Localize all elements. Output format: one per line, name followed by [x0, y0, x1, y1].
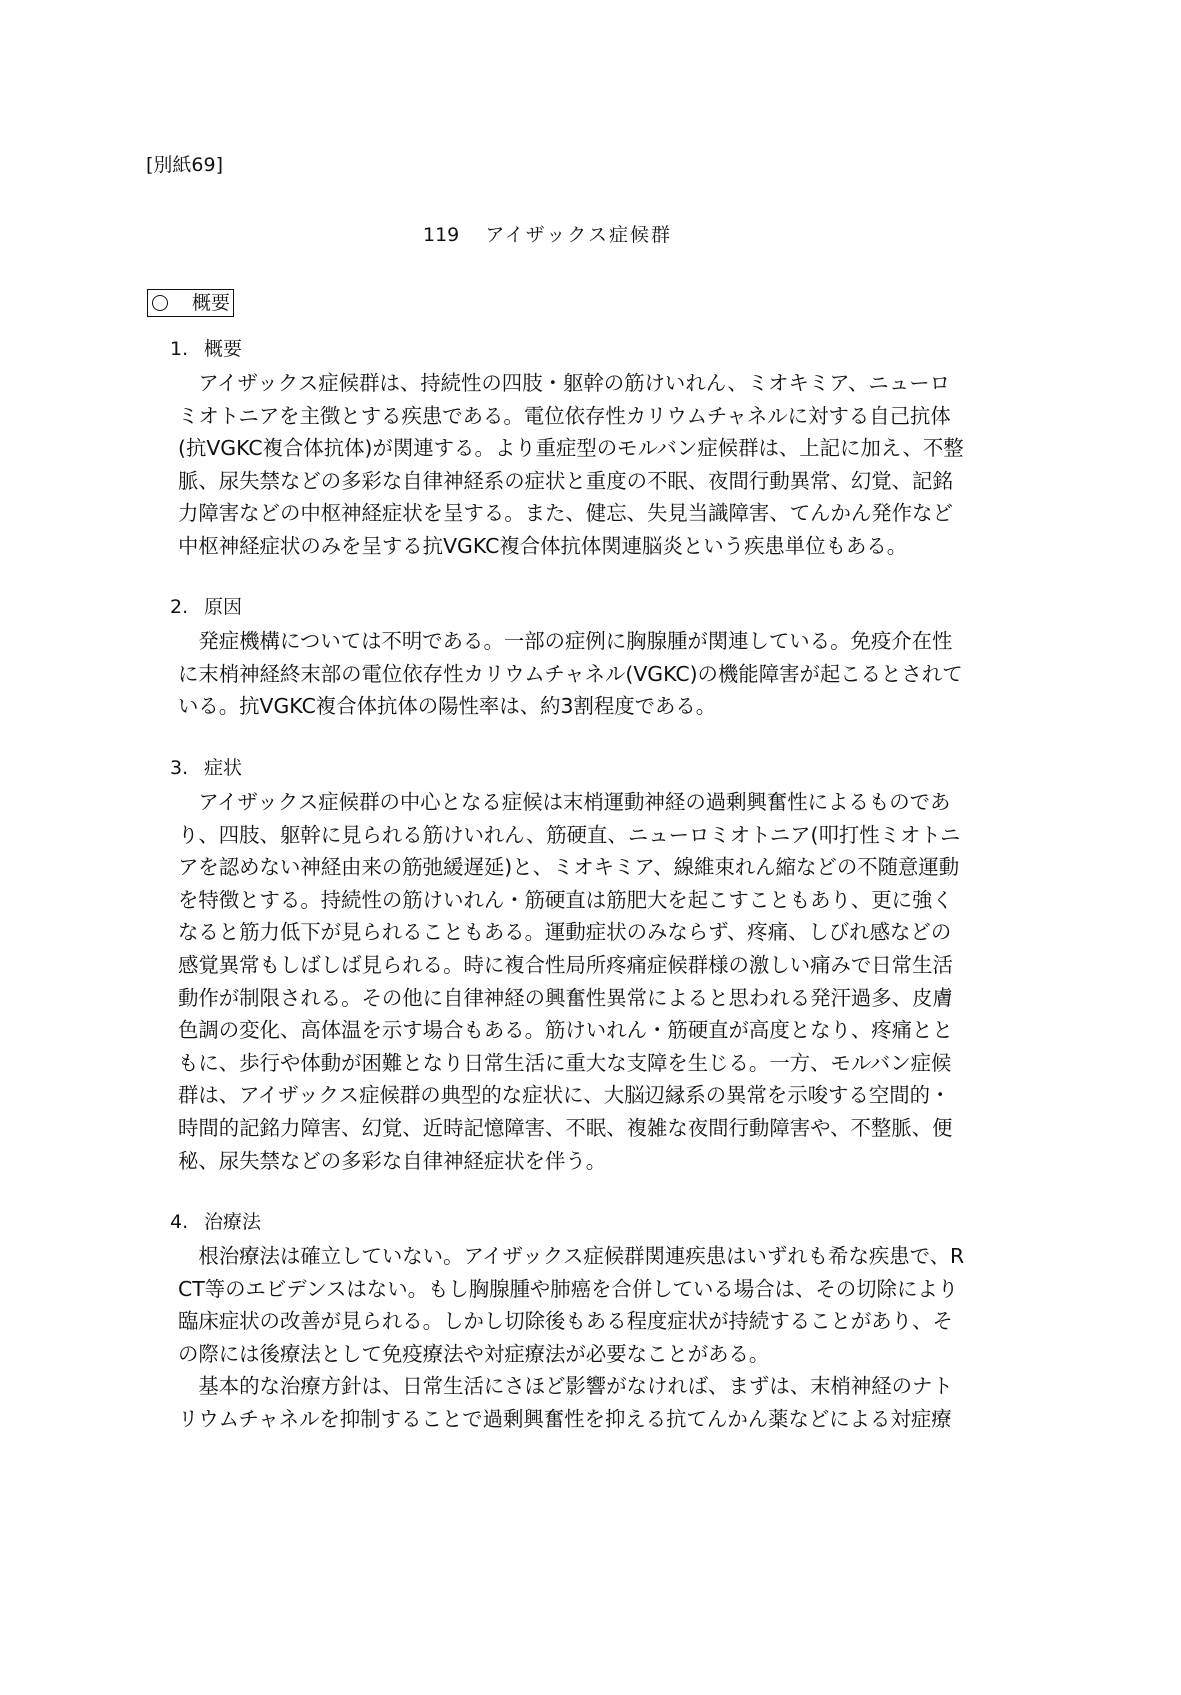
section-heading: 3.症状 — [170, 755, 1040, 781]
section-body: アイザックス症候群は、持続性の四肢・躯幹の筋けいれん、ミオキミア、ニューロ ミオ… — [170, 367, 1040, 563]
section-cause: 2.原因 発症機構については不明である。一部の症例に胸腺腫が関連している。免疫介… — [170, 594, 1040, 723]
text-line: に末梢神経終末部の電位依存性カリウムチャネル(VGKC)の機能障害が起こるとされ… — [178, 658, 1040, 691]
text-line: いる。抗VGKC複合体抗体の陽性率は、約3割程度である。 — [178, 690, 1040, 723]
text-line: CT等のエビデンスはない。もし胸腺腫や肺癌を合併している場合は、その切除により — [178, 1273, 1040, 1306]
text-line: アイザックス症候群は、持続性の四肢・躯幹の筋けいれん、ミオキミア、ニューロ — [178, 367, 1040, 400]
text-line: り、四肢、躯幹に見られる筋けいれん、筋硬直、ニューロミオトニア(叩打性ミオトニ — [178, 819, 1040, 852]
document-title: 119 アイザックス症候群 — [423, 222, 672, 248]
text-line: 臨床症状の改善が見られる。しかし切除後もある程度症状が持続することがあり、そ — [178, 1305, 1040, 1338]
section-heading: 2.原因 — [170, 594, 1040, 620]
section-treatment: 4.治療法 根治療法は確立していない。アイザックス症候群関連疾患はいずれも希な疾… — [170, 1209, 1040, 1436]
circle-icon — [152, 295, 168, 311]
section-title: 治療法 — [204, 1211, 261, 1233]
text-line: 秘、尿失禁などの多彩な自律神経症状を伴う。 — [178, 1145, 1040, 1178]
text-line: 根治療法は確立していない。アイザックス症候群関連疾患はいずれも希な疾患で、R — [178, 1240, 1040, 1273]
section-symptoms: 3.症状 アイザックス症候群の中心となる症候は末梢運動神経の過剰興奮性によるもの… — [170, 755, 1040, 1177]
text-line: もに、歩行や体動が困難となり日常生活に重大な支障を生じる。一方、モルバン症候 — [178, 1047, 1040, 1080]
section-body: アイザックス症候群の中心となる症候は末梢運動神経の過剰興奮性によるものであ り、… — [170, 786, 1040, 1177]
text-line: を特徴とする。持続性の筋けいれん・筋硬直は筋肥大を起こすこともあり、更に強く — [178, 884, 1040, 917]
section-title: 症状 — [204, 757, 242, 779]
text-line: なると筋力低下が見られることもある。運動症状のみならず、疼痛、しびれ感などの — [178, 916, 1040, 949]
section-heading: 4.治療法 — [170, 1209, 1040, 1235]
text-line: 発症機構については不明である。一部の症例に胸腺腫が関連している。免疫介在性 — [178, 625, 1040, 658]
section-body: 発症機構については不明である。一部の症例に胸腺腫が関連している。免疫介在性 に末… — [170, 625, 1040, 723]
text-line: リウムチャネルを抑制することで過剰興奮性を抑える抗てんかん薬などによる対症療 — [178, 1403, 1040, 1436]
section-number: 1. — [170, 336, 204, 362]
text-line: の際には後療法として免疫療法や対症療法が必要なことがある。 — [178, 1338, 1040, 1371]
document-page: [別紙69] 119 アイザックス症候群 概要 1.概要 アイザックス症候群は、… — [0, 0, 1181, 1695]
section-title: 原因 — [204, 596, 242, 618]
section-overview: 1.概要 アイザックス症候群は、持続性の四肢・躯幹の筋けいれん、ミオキミア、ニュ… — [170, 336, 1040, 563]
overview-box: 概要 — [147, 289, 234, 317]
section-number: 2. — [170, 594, 204, 620]
text-line: 基本的な治療方針は、日常生活にさほど影響がなければ、まずは、末梢神経のナト — [178, 1370, 1040, 1403]
text-line: 群は、アイザックス症候群の典型的な症状に、大脳辺縁系の異常を示唆する空間的・ — [178, 1079, 1040, 1112]
text-line: (抗VGKC複合体抗体)が関連する。より重症型のモルバン症候群は、上記に加え、不… — [178, 432, 1040, 465]
text-line: アイザックス症候群の中心となる症候は末梢運動神経の過剰興奮性によるものであ — [178, 786, 1040, 819]
text-line: 感覚異常もしばしば見られる。時に複合性局所疼痛症候群様の激しい痛みで日常生活 — [178, 949, 1040, 982]
text-line: ミオトニアを主徴とする疾患である。電位依存性カリウムチャネルに対する自己抗体 — [178, 400, 1040, 433]
annex-label: [別紙69] — [146, 152, 223, 178]
section-number: 3. — [170, 755, 204, 781]
disease-number: 119 — [423, 224, 459, 246]
section-number: 4. — [170, 1209, 204, 1235]
text-line: 力障害などの中枢神経症状を呈する。また、健忘、失見当識障害、てんかん発作など — [178, 497, 1040, 530]
text-line: 中枢神経症状のみを呈する抗VGKC複合体抗体関連脳炎という疾患単位もある。 — [178, 530, 1040, 563]
section-title: 概要 — [204, 338, 242, 360]
overview-box-label: 概要 — [192, 290, 230, 316]
text-line: 動作が制限される。その他に自律神経の興奮性異常によると思われる発汗過多、皮膚 — [178, 982, 1040, 1015]
text-line: アを認めない神経由来の筋弛緩遅延)と、ミオキミア、線維束れん縮などの不随意運動 — [178, 851, 1040, 884]
section-heading: 1.概要 — [170, 336, 1040, 362]
text-line: 色調の変化、高体温を示す場合もある。筋けいれん・筋硬直が高度となり、疼痛とと — [178, 1014, 1040, 1047]
text-line: 時間的記銘力障害、幻覚、近時記憶障害、不眠、複雑な夜間行動障害や、不整脈、便 — [178, 1112, 1040, 1145]
text-line: 脈、尿失禁などの多彩な自律神経系の症状と重度の不眠、夜間行動異常、幻覚、記銘 — [178, 465, 1040, 498]
disease-name: アイザックス症候群 — [485, 224, 672, 246]
section-body: 根治療法は確立していない。アイザックス症候群関連疾患はいずれも希な疾患で、R C… — [170, 1240, 1040, 1436]
